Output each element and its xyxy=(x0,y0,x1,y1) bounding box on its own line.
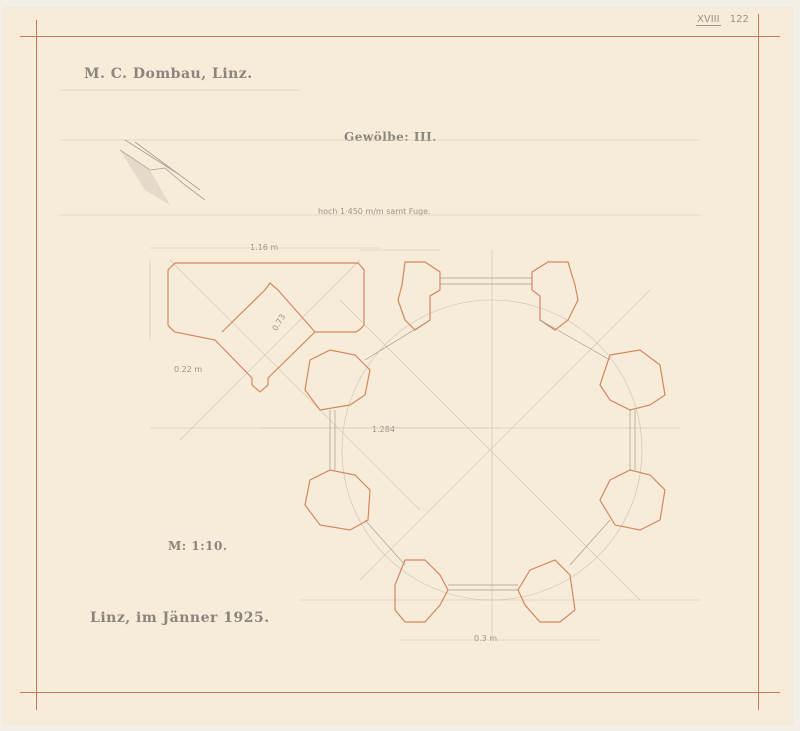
plan-drawing xyxy=(0,0,800,731)
